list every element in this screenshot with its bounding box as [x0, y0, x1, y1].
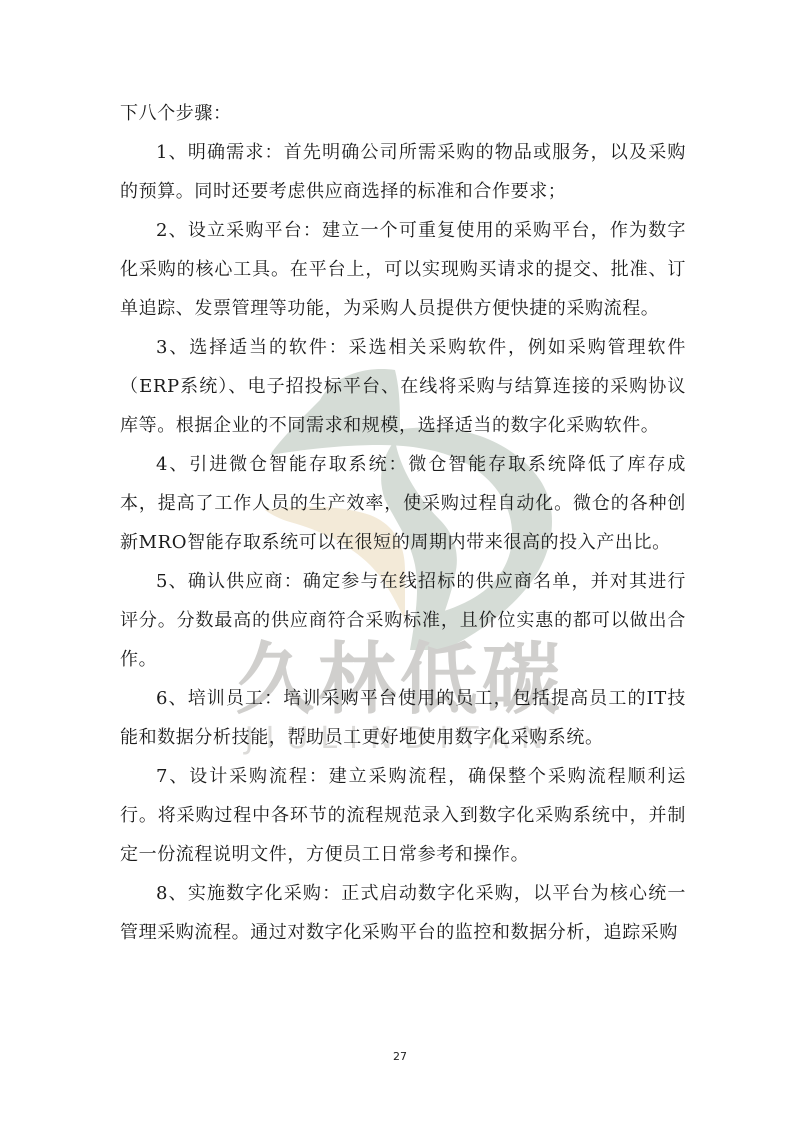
step-2-paragraph: 2、设立采购平台：建立一个可重复使用的采购平台，作为数字化采购的核心工具。在平台…: [120, 211, 686, 328]
step-8-paragraph: 8、实施数字化采购：正式启动数字化采购，以平台为核心统一管理采购流程。通过对数字…: [120, 874, 686, 952]
document-page: 久林低碳 JIULINDITAN 下八个步骤： 1、明确需求：首先明确公司所需采…: [0, 0, 800, 1132]
document-body: 下八个步骤： 1、明确需求：首先明确公司所需采购的物品或服务，以及采购的预算。同…: [120, 94, 686, 952]
step-3-paragraph: 3、选择适当的软件：采选相关采购软件，例如采购管理软件（ERP系统）、电子招投标…: [120, 328, 686, 445]
step-6-paragraph: 6、培训员工：培训采购平台使用的员工，包括提高员工的IT技能和数据分析技能，帮助…: [120, 679, 686, 757]
step-1-paragraph: 1、明确需求：首先明确公司所需采购的物品或服务，以及采购的预算。同时还要考虑供应…: [120, 133, 686, 211]
step-7-paragraph: 7、设计采购流程：建立采购流程，确保整个采购流程顺利运行。将采购过程中各环节的流…: [120, 757, 686, 874]
step-5-paragraph: 5、确认供应商：确定参与在线招标的供应商名单，并对其进行评分。分数最高的供应商符…: [120, 562, 686, 679]
page-number: 27: [0, 1050, 800, 1063]
intro-paragraph: 下八个步骤：: [120, 94, 686, 133]
step-4-paragraph: 4、引进微仓智能存取系统：微仓智能存取系统降低了库存成本，提高了工作人员的生产效…: [120, 445, 686, 562]
